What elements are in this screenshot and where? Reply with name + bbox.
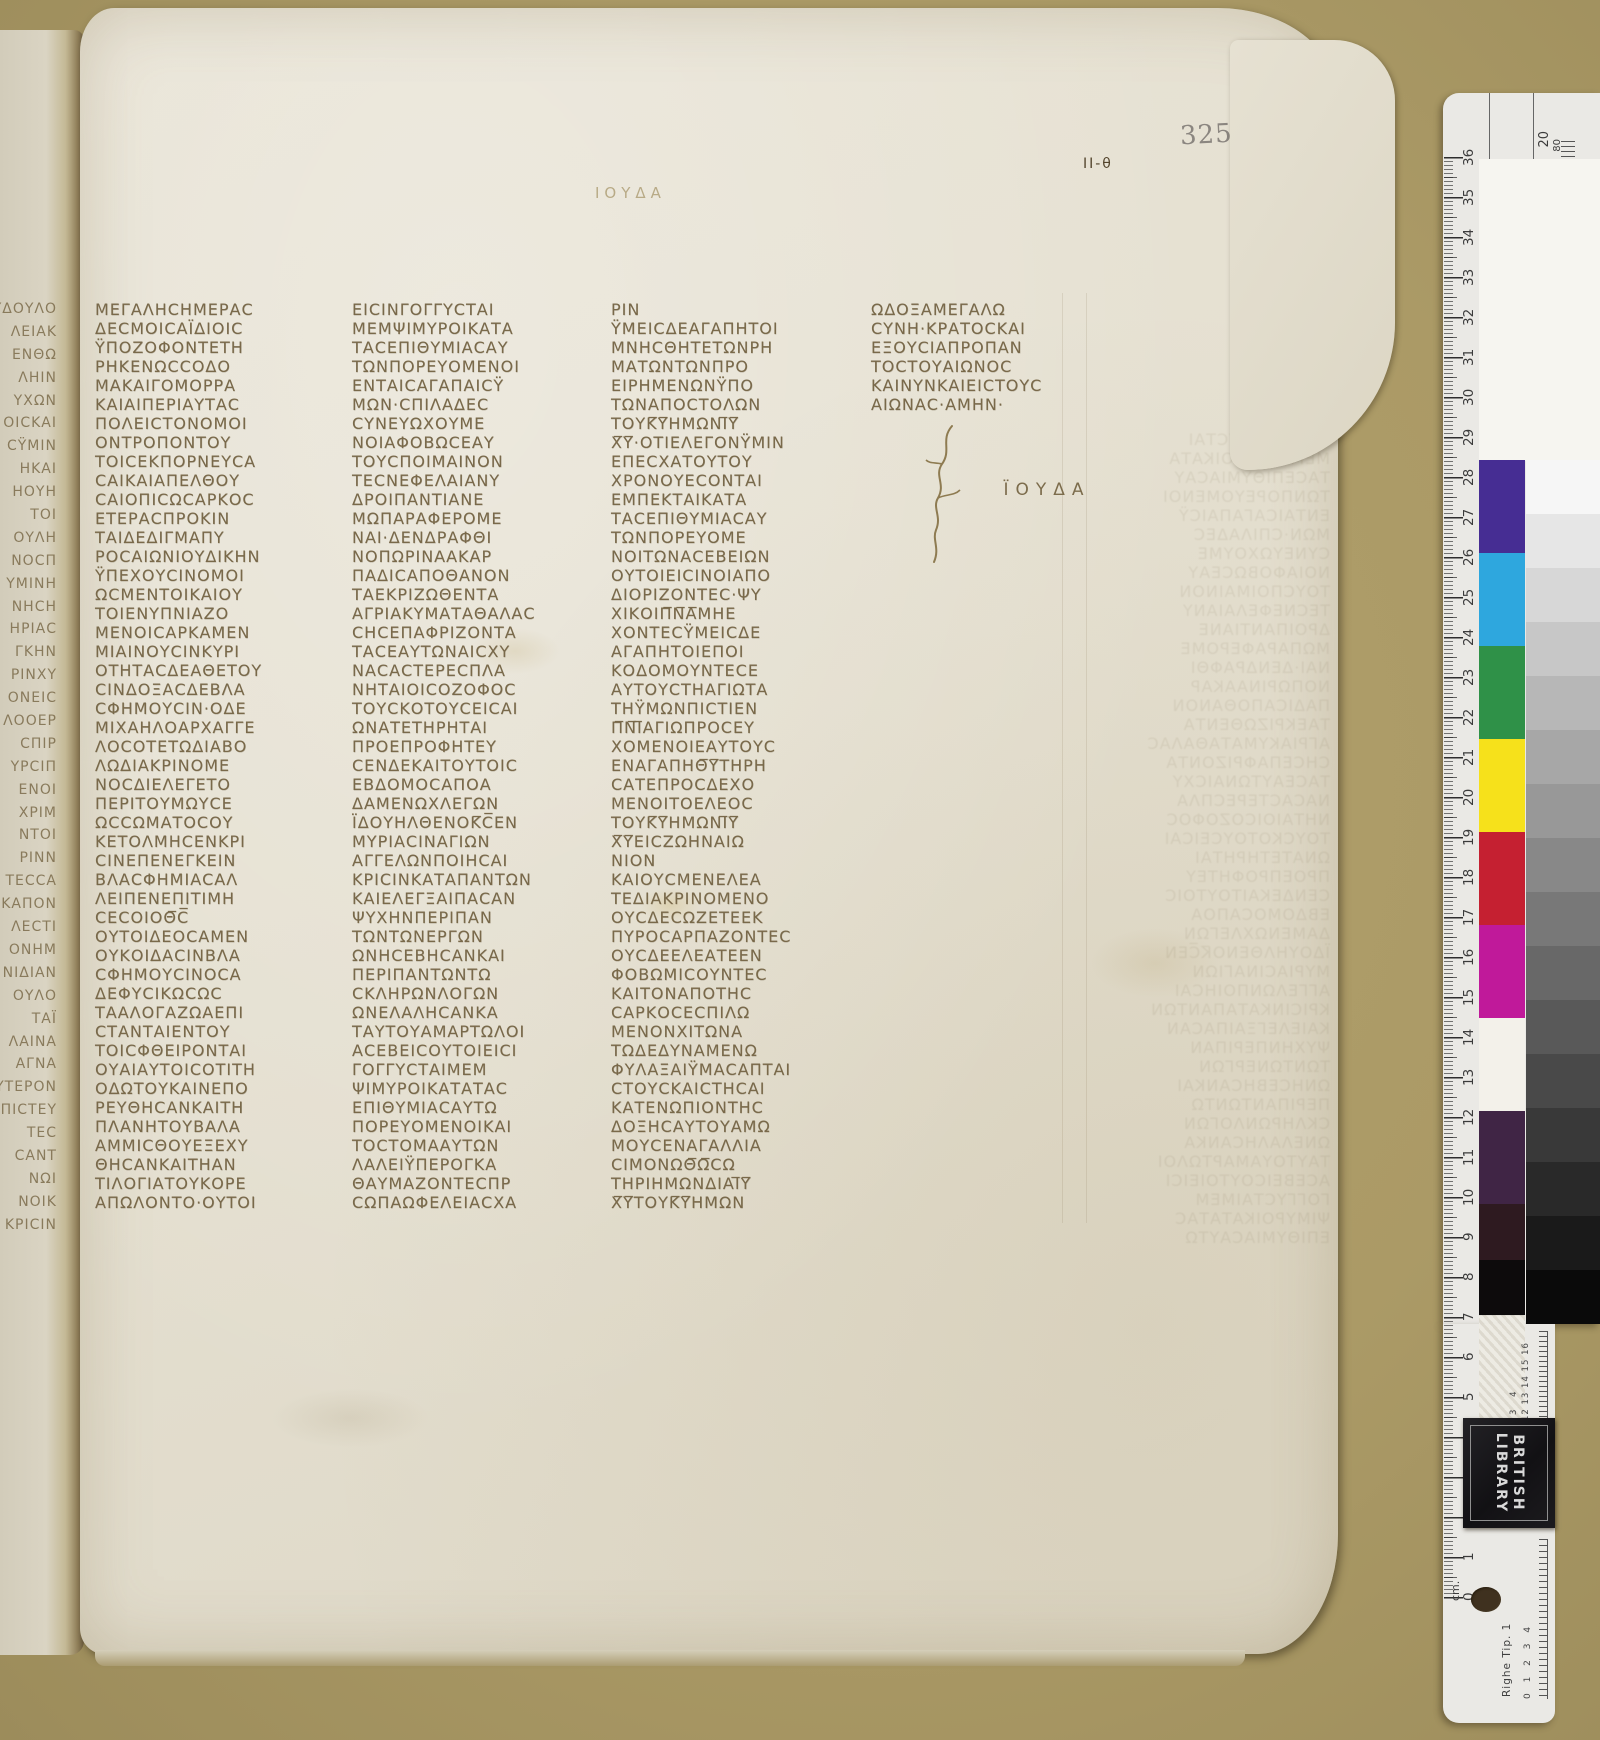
grayscale-step [1526,730,1600,784]
facing-page-line-fragment: CΑΝΤ [0,1145,57,1168]
manuscript-line: ΩΔΟΞΑΜΕΓΑΛΩ [871,300,1127,319]
manuscript-line: CΥΝΕΥΩΧΟΥΜΕ [352,414,608,433]
photograph-background: ΥΔΟΥΛΟΛΕΙΑΚΕΝΘΩΛΗΙΝΥΧΩΝΟΙCΚΑΙCΫΜΙΝΗΚΑΙΗΟ… [0,0,1600,1740]
facing-page-line-fragment: ΤΑΪ [0,1008,57,1031]
facing-page-line-fragment: ΡΙΝΝ [0,847,57,870]
bleed-through-line: ΝΟΠΩΡΙΝΑΑΚΑΡ [852,677,1330,696]
ruler-cm-number: 15 [1461,984,1479,1010]
manuscript-line: ΕΙCΙΝΓΟΓΓΥCΤΑΙ [352,300,608,319]
inner-scale-top-ticks [1539,1331,1548,1419]
inner-scale-bottom-numbers: 0 1 2 3 4 [1523,1543,1533,1699]
manuscript-line: ΧΙΚΟΙΠ̅Ν̅Α̅ΜΗΕ [611,604,867,623]
ruler-cm-number: 6 [1461,1344,1479,1370]
manuscript-line: ΤΟΥΚ̅Υ̅ΗΜΩΝΙ̅Υ̅ [611,414,867,433]
manuscript-line: ΑΙΩΝΑC·ΑΜΗΝ· [871,395,1127,414]
manuscript-line: ΠΑΔΙCΑΠΟΘΑΝΟΝ [352,566,608,585]
facing-page-line-fragment: ΟΝΕΙC [0,687,57,710]
bleed-through-line: ΚΑΙΕΛΕΓΞΑΙΠΑCΑΝ [852,1019,1330,1038]
text-column-3: ΡΙΝΫΜΕΙCΔΕΑΓΑΠΗΤΟΙΜΝΗCΘΗΤΕΤΩΝΡΗΜΑΤΩΝΤΩΝΠ… [611,300,867,1212]
manuscript-line: ΚΟΔΟΜΟΥΝΤΕCΕ [611,661,867,680]
color-patch [1479,646,1525,739]
manuscript-line: ΩΝΕΛΑΛΗCΑΝΚΑ [352,1003,608,1022]
bleed-through-line: ΑΓΡΙΑΚΥΜΑΤΑΘΑΛΑC [852,734,1330,753]
manuscript-line: ΔΕCΜΟΙCΑΪΔΙΟΙC [95,319,351,338]
manuscript-line: ΜΙΑΙΝΟΥCΙΝΚΥΡΙ [95,642,351,661]
manuscript-line: ΝΑCΑCΤΕΡΕCΠΛΑ [352,661,608,680]
manuscript-line: ΤΟCΤΟΜΑΑΥΤΩΝ [352,1136,608,1155]
facing-page-line-fragment: ΕΝΟΙ [0,779,57,802]
manuscript-line: ΜΥΡΙΑCΙΝΑΓΙΩΝ [352,832,608,851]
manuscript-line: ΓΟΓΓΥCΤΑΙΜΕΜ [352,1060,608,1079]
ruler-cm-number: 14 [1461,1024,1479,1050]
facing-page-line-fragment: ΥΧΩΝ [0,390,57,413]
bleed-through-line: ΕΠΙΘΥΜΙΑCΑΥΤΩ [852,1228,1330,1247]
bleed-through-line: ΑΓΓΕΛΩΝΠΟΙΗCΑΙ [852,981,1330,1000]
facing-page-line-fragment: ΑΓΝΑ [0,1053,57,1076]
manuscript-line: ΚΑΙΤΟΝΑΠΟΤΗC [611,984,867,1003]
manuscript-line: ΩCCΩΜΑΤΟCΟΥ [95,813,351,832]
page-edge-curve [1230,40,1395,470]
facing-page-line-fragment: ΕΝΘΩ [0,344,57,367]
manuscript-line: ΤΟΥΚ̅Υ̅ΗΜΩΝΙ̅Υ̅ [611,813,867,832]
color-patch [1479,1018,1525,1111]
manuscript-line: ΠΛΑΝΗΤΟΥΒΑΛΑ [95,1117,351,1136]
manuscript-line: ΚΡΙCΙΝΚΑΤΑΠΑΝΤΩΝ [352,870,608,889]
manuscript-line: ΕΜΠΕΚΤΑΙΚΑΤΑ [611,490,867,509]
manuscript-line: ΦΥΛΑΞΑΙΫΜΑCΑΠΤΑΙ [611,1060,867,1079]
calibration-ruler: 0123456789101112131415161718192021222324… [1443,93,1600,1723]
manuscript-line: ΠΕΡΙΠΑΝΤΩΝΤΩ [352,965,608,984]
facing-page-line-fragment: ΝΟCΠ [0,550,57,573]
manuscript-line: CΩΠΑΩΦΕΛΕΙΑCΧΑ [352,1193,608,1212]
manuscript-line: ΝΟCΔΙΕΛΕΓΕΤΟ [95,775,351,794]
grayscale-step [1526,1108,1600,1162]
bleed-through-line: ΜΥΡΙΑCΙΝΑΓΙΩΝ [852,962,1330,981]
manuscript-line: ΕΝΑΓΑΠΗΘ̅Υ̅ΤΗΡΗ [611,756,867,775]
manuscript-line: ΟΥΚΟΙΔΑCΙΝΒΛΑ [95,946,351,965]
manuscript-line: ΕΝΤΑΙCΑΓΑΠΑΙCΫ [352,376,608,395]
manuscript-line: ΑΥΤΟΥCΤΗΑΓΙΩΤΑ [611,680,867,699]
facing-page-line-fragment: ΚΡΙCΙΝ [0,1214,57,1237]
bleed-through-line: ΤΟΥCΚΟΤΟΥCΕΙCΑΙ [852,829,1330,848]
ruler-cm-number: 12 [1461,1104,1479,1130]
manuscript-line: ΤΩΝΠΟΡΕΥΟΜΕΝΟΙ [352,357,608,376]
underlying-page-edges [95,1650,1245,1666]
manuscript-line: ΑΓΑΠΗΤΟΙΕΠΟΙ [611,642,867,661]
bleed-through-line: ΚΡΙCΙΝΚΑΤΑΠΑΝΤΩΝ [852,1000,1330,1019]
manuscript-line: ΚΑΙΕΛΕΓΞΑΙΠΑCΑΝ [352,889,608,908]
manuscript-line: ΤΟΙΕΝΥΠΝΙΑΖΟ [95,604,351,623]
manuscript-line: ΝΟΙΑΦΟΒΩCΕΑΥ [352,433,608,452]
ruler-top-scale-label: 20 [1537,131,1552,148]
manuscript-line: ΕΠΙΘΥΜΙΑCΑΥΤΩ [352,1098,608,1117]
manuscript-line: ΤΑΑΛΟΓΑΖΩΑΕΠΙ [95,1003,351,1022]
manuscript-line: ΡΙΝ [611,300,867,319]
manuscript-line: ΧΟΜΕΝΟΙΕΑΥΤΟΥC [611,737,867,756]
manuscript-line: ΔΟΞΗCΑΥΤΟΥΑΜΩ [611,1117,867,1136]
manuscript-line: ΝΑΙ·ΔΕΝΔΡΑΦΘΙ [352,528,608,547]
facing-page-line-fragment: ΟΥΛΟ [0,985,57,1008]
manuscript-line: ΤΑCΕΠΙΘΥΜΙΑCΑΥ [611,509,867,528]
manuscript-line: ΜΑΚΑΙΓΟΜΟΡΡΑ [95,376,351,395]
manuscript-line: ΟΥΤΟΙΕΙCΙΝΟΙΑΠΟ [611,566,867,585]
bleed-through-line: ΩΝΗCΕΒΗCΑΝΚΑΙ [852,1076,1330,1095]
facing-page-line-fragment: ΝΗCΗ [0,596,57,619]
manuscript-line: ΔΕΦΥCΙΚΩCΩC [95,984,351,1003]
manuscript-line: ΤΩΝΑΠΟCΤΟΛΩΝ [611,395,867,414]
facing-page-line-fragment: ΛΗΙΝ [0,367,57,390]
manuscript-line: CΕCΟΙΟΘ̅C̅ [95,908,351,927]
inner-scale-top-numbers: 12 13 14 15 16 [1521,1329,1531,1421]
facing-page-line-fragment: ΥΡCΙΠ [0,756,57,779]
grayscale-step [1526,784,1600,838]
manuscript-line: ΤΑΥΤΟΥΑΜΑΡΤΩΛΟΙ [352,1022,608,1041]
facing-page-line-fragment: ΟΥΛΗ [0,527,57,550]
bleed-through-line: ΑCΕΒΕΙCΟΥΤΟΙΕΙCΙ [852,1171,1330,1190]
bleed-through-line: ΠΑΔΙCΑΠΟΘΑΝΟΝ [852,696,1330,715]
ruler-cm-number: 25 [1461,584,1479,610]
manuscript-line: ΝΟΙΤΩΝΑCΕΒΕΙΩΝ [611,547,867,566]
manuscript-line: ΤΟΥCΠΟΙΜΑΙΝΟΝ [352,452,608,471]
manuscript-line: ΤΩΔΕΔΥΝΑΜΕΝΩ [611,1041,867,1060]
manuscript-line: ΡΕΥΘΗCΑΝΚΑΙΤΗ [95,1098,351,1117]
manuscript-line: CΚΛΗΡΩΝΛΟΓΩΝ [352,984,608,1003]
color-patch [1479,1260,1525,1316]
bleed-through-line: ΤΑCΕΑΥΤΩΝΑΙCΧΥ [852,772,1330,791]
bleed-through-line: ΔΑΜΕΝΩΧΛΕΓΩΝ [852,924,1330,943]
manuscript-line: ΟΥΑΙΑΥΤΟΙCΟΤΙΤΗ [95,1060,351,1079]
manuscript-line: CΤΑΝΤΑΙΕΝΤΟΥ [95,1022,351,1041]
ruler-top-scale-line [1489,93,1490,163]
manuscript-line: CΙΜΟΝΩΘ̅Ω̅CΩ [611,1155,867,1174]
manuscript-line: ΑΓΡΙΑΚΥΜΑΤΑΘΑΛΑC [352,604,608,623]
bleed-through-line: ΓΟΓΓΥCΤΑΙΜΕΜ [852,1190,1330,1209]
manuscript-line: ΩCΜΕΝΤΟΙΚΑΙΟΥ [95,585,351,604]
bleed-through-line: ΨΥΧΗΝΠΕΡΙΠΑΝ [852,1038,1330,1057]
ruler-cm-number: 7 [1461,1304,1479,1330]
bleed-through-line: ΠΕΡΙΠΑΝΤΩΝΤΩ [852,1095,1330,1114]
facing-page-line-fragment: ΝΤΟΙ [0,824,57,847]
manuscript-line: ΤΕCΝΕΦΕΛΑΙΑΝΥ [352,471,608,490]
manuscript-line: ΜΙΧΑΗΛΟΑΡΧΑΓΓΕ [95,718,351,737]
manuscript-line: ΤΟΙCΦΘΕΙΡΟΝΤΑΙ [95,1041,351,1060]
color-patch [1479,832,1525,925]
facing-page-line-fragment: ΛΟΟΕΡ [0,710,57,733]
text-column-1: ΜΕΓΑΛΗCΗΜΕΡΑCΔΕCΜΟΙCΑΪΔΙΟΙCΫΠΟΖΟΦΟΝΤΕΤΗΡ… [95,300,351,1212]
quire-mark: ΙΙ-θ [1083,156,1113,172]
manuscript-line: Π̅Ν̅Ι̅ΑΓΙΩΠΡΟCΕΥ [611,718,867,737]
manuscript-line: ΜΩΠΑΡΑΦΕΡΟΜΕ [352,509,608,528]
manuscript-line: ΧΟΝΤΕCΫΜΕΙCΔΕ [611,623,867,642]
inner-scale-top-secondary: 3 4 [1509,1335,1519,1415]
manuscript-line: ΫΜΕΙCΔΕΑΓΑΠΗΤΟΙ [611,319,867,338]
bleed-through-line: ΝΗΤΑΙΟΙCΟΖΟΦΟC [852,810,1330,829]
bleed-through-line: ΕΒΔΟΜΟCΑΠΟΑ [852,905,1330,924]
bleed-through-line: ΤΕCΝΕΦΕΛΑΙΑΝΥ [852,601,1330,620]
facing-page-line-fragment: ΛΕΙΑΚ [0,321,57,344]
ruler-cm-number: 35 [1461,184,1479,210]
ruler-cm-number: 29 [1461,424,1479,450]
manuscript-line: ΠΟΛΕΙCΤΟΝΟΜΟΙ [95,414,351,433]
manuscript-line: ΟΥCΔΕΕΛΕΑΤΕΕΝ [611,946,867,965]
subscription-title: ΪΟΥΔΑ [952,480,1142,500]
ruling-guide-line [1062,293,1063,1223]
ruler-cm-number: 21 [1461,744,1479,770]
manuscript-line: ΡΗΚΕΝΩCCΟΔΟ [95,357,351,376]
manuscript-line: ΠΟΡΕΥΟΜΕΝΟΙΚΑΙ [352,1117,608,1136]
facing-page-line-fragment: ΗΟΥΗ [0,481,57,504]
bleed-through-line: ΜΩΠΑΡΑΦΕΡΟΜΕ [852,639,1330,658]
ruler-cm-number: 18 [1461,864,1479,890]
color-patch [1479,1111,1525,1204]
ruler-cm-number: 20 [1461,784,1479,810]
manuscript-line: ΛΩΔΙΑΚΡΙΝΟΜΕ [95,756,351,775]
manuscript-line: ΝΟΠΩΡΙΝΑΑΚΑΡ [352,547,608,566]
manuscript-line: ΨΙΜΥΡΟΙΚΑΤΑΤΑC [352,1079,608,1098]
manuscript-line: ΠΥΡΟCΑΡΠΑΖΟΝΤΕC [611,927,867,946]
ruler-cm-number: 16 [1461,944,1479,970]
inner-scale-bottom-ticks [1539,1539,1548,1699]
bleed-through-line: CΚΛΗΡΩΝΛΟΓΩΝ [852,1114,1330,1133]
ruler-cm-number: 31 [1461,344,1479,370]
ruling-guide-line [1086,293,1087,1223]
ruler-cm-number: 24 [1461,624,1479,650]
manuscript-line: ΤΩΝΤΩΝΕΡΓΩΝ [352,927,608,946]
manuscript-line: ΟΥΤΟΙΔΕΟCΑΜΕΝ [95,927,351,946]
manuscript-line: ΜΝΗCΘΗΤΕΤΩΝΡΗ [611,338,867,357]
grayscale-step [1526,460,1600,514]
manuscript-line: ΫΠΟΖΟΦΟΝΤΕΤΗ [95,338,351,357]
calibration-white-strip [1479,159,1600,461]
manuscript-line: ΠΕΡΙΤΟΥΜΩΥCΕ [95,794,351,813]
manuscript-line: ΤΟΙCΕΚΠΟΡΝΕΥCΑ [95,452,351,471]
facing-page-line-fragment: ΝΩΙ [0,1168,57,1191]
manuscript-line: ΚΑΙΝΥΝΚΑΙΕΙCΤΟΥC [871,376,1127,395]
facing-page-line-fragment: ΛΕCΤΙ [0,916,57,939]
ruler-cm-number: 22 [1461,704,1479,730]
ruler-maker-label: Righe Tip. 1 [1501,1539,1513,1697]
facing-page-line-fragment: ΛΑΙΝΑ [0,1031,57,1054]
grayscale-step [1526,514,1600,568]
manuscript-line: ΤΗΫΜΩΝΠΙCΤΙΕΝ [611,699,867,718]
manuscript-line: ΤΑΙΔΕΔΙΓΜΑΠΥ [95,528,351,547]
ruler-top-scale-line [1533,93,1534,163]
manuscript-line: ΤΑCΕΑΥΤΩΝΑΙCΧΥ [352,642,608,661]
color-patch [1479,739,1525,832]
color-patch [1479,925,1525,1018]
manuscript-line: Χ̅Υ̅ΕΙCΖΩΗΝΑΙΩ [611,832,867,851]
bleed-through-line: ΩΝΑΤΕΤΗΡΗΤΑΙ [852,848,1330,867]
manuscript-line: ΔΑΜΕΝΩΧΛΕΓΩΝ [352,794,608,813]
facing-page-line-fragment: ΠΙCΤΕΥ [0,1099,57,1122]
manuscript-line: ΩΝΑΤΕΤΗΡΗΤΑΙ [352,718,608,737]
grayscale-step [1526,892,1600,946]
ruler-cm-number: 30 [1461,384,1479,410]
manuscript-line: ΟΝΤΡΟΠΟΝΤΟΥ [95,433,351,452]
manuscript-line: ΪΔΟΥΗΛΘΕΝΟΚ̅C̅ΕΝ [352,813,608,832]
ruler-cm-number: 10 [1461,1184,1479,1210]
manuscript-line: ΫΠΕΧΟΥCΙΝΟΜΟΙ [95,566,351,585]
manuscript-line: ΚΑΙΟΥCΜΕΝΕΛΕΑ [611,870,867,889]
manuscript-line: ΜΕΜΨΙΜΥΡΟΙΚΑΤΑ [352,319,608,338]
bleed-through-line: ΔΡΟΙΠΑΝΤΙΑΝΕ [852,620,1330,639]
manuscript-line: ΤΗΡΙΗΜΩΝΔΙΑΙ̅Υ̅ [611,1174,867,1193]
parchment-stain [270,1388,430,1448]
manuscript-line: ΜΕΝΟΝΧΙΤΩΝΑ [611,1022,867,1041]
manuscript-line: ΑΜΜΙCΘΟΥΕΞΕΧΥ [95,1136,351,1155]
facing-page-line-fragment: ΗΡΙΑC [0,618,57,641]
grayscale-step [1526,1000,1600,1054]
manuscript-line: ΤΩΝΠΟΡΕΥΟΜΕ [611,528,867,547]
manuscript-line: ΝΗΤΑΙΟΙCΟΖΟΦΟC [352,680,608,699]
manuscript-line: ΕΞΟΥCΙΑΠΡΟΠΑΝ [871,338,1127,357]
bleed-through-line: ΠΡΟΕΠΡΟΦΗΤΕΥ [852,867,1330,886]
facing-page-line-fragment: ΝΙΔΙΑΝ [0,962,57,985]
grayscale-step [1526,946,1600,1000]
ruler-cm-number: 19 [1461,824,1479,850]
color-patch [1479,553,1525,646]
ruler-cm-number: 11 [1461,1144,1479,1170]
ruler-cm-number: 13 [1461,1064,1479,1090]
label-text: BRITISH LIBRARY [1492,1433,1526,1514]
grayscale-step [1526,676,1600,730]
manuscript-line: ΤΙΛΟΓΙΑΤΟΥΚΟΡΕ [95,1174,351,1193]
facing-page-line-fragment: ΚΑΠΟΝ [0,893,57,916]
manuscript-line: CΑΙΚΑΙΑΠΕΛΘΟΥ [95,471,351,490]
bleed-through-line: ΨΙΜΥΡΟΙΚΑΤΑΤΑC [852,1209,1330,1228]
facing-page-edge: ΥΔΟΥΛΟΛΕΙΑΚΕΝΘΩΛΗΙΝΥΧΩΝΟΙCΚΑΙCΫΜΙΝΗΚΑΙΗΟ… [0,30,84,1655]
color-calibration-patches [1479,460,1525,1316]
facing-page-line-fragment: ΤΕCCΑ [0,870,57,893]
color-patch [1479,1204,1525,1260]
manuscript-line: CΤΟΥCΚΑΙCΤΗCΑΙ [611,1079,867,1098]
manuscript-line: ΒΛΑCΦΗΜΙΑCΑΛ [95,870,351,889]
manuscript-line: ΨΥΧΗΝΠΕΡΙΠΑΝ [352,908,608,927]
grayscale-calibration-strip [1526,460,1600,1324]
bleed-through-line: ΤΑΥΤΟΥΑΜΑΡΤΩΛΟΙ [852,1152,1330,1171]
ruler-cm-number: 34 [1461,224,1479,250]
manuscript-line: ΤΑCΕΠΙΘΥΜΙΑCΑΥ [352,338,608,357]
manuscript-line: ΕΠΕCΧΑΤΟΥΤΟΥ [611,452,867,471]
bleed-through-line: ΪΔΟΥΗΛΘΕΝΟΚ̅C̅ΕΝ [852,943,1330,962]
manuscript-line: ΜΑΤΩΝΤΩΝΠΡΟ [611,357,867,376]
ruler-cm-number: 17 [1461,904,1479,930]
manuscript-line: CΑΡΚΟCΕCΠΙΛΩ [611,1003,867,1022]
facing-page-text-fragments: ΥΔΟΥΛΟΛΕΙΑΚΕΝΘΩΛΗΙΝΥΧΩΝΟΙCΚΑΙCΫΜΙΝΗΚΑΙΗΟ… [0,298,57,1237]
manuscript-line: CΦΗΜΟΥCΙΝ·ΟΔΕ [95,699,351,718]
ruler-cm-number: 32 [1461,304,1479,330]
manuscript-line: ΤΕΔΙΑΚΡΙΝΟΜΕΝΟ [611,889,867,908]
manuscript-line: CΑΤΕΠΡΟCΔΕΧΟ [611,775,867,794]
grayscale-step [1526,1270,1600,1324]
manuscript-line: ΠΡΟΕΠΡΟΦΗΤΕΥ [352,737,608,756]
facing-page-line-fragment: ΗΚΑΙ [0,458,57,481]
manuscript-line: ΜΩΝ·CΠΙΛΑΔΕC [352,395,608,414]
text-column-4: ΩΔΟΞΑΜΕΓΑΛΩCΥΝΗ·ΚΡΑΤΟCΚΑΙΕΞΟΥCΙΑΠΡΟΠΑΝΤΟ… [871,300,1127,414]
manuscript-line: CΗCΕΠΑΦΡΙΖΟΝΤΑ [352,623,608,642]
ruler-cm-number: 9 [1461,1224,1479,1250]
manuscript-line: ΕΙΡΗΜΕΝΩΝΫΠΟ [611,376,867,395]
manuscript-line: CΦΗΜΟΥCΙΝΟCΑ [95,965,351,984]
facing-page-line-fragment: ΝΟΙΚ [0,1191,57,1214]
grayscale-step [1526,622,1600,676]
bleed-through-line: ΩΝΕΛΑΛΗCΑΝΚΑ [852,1133,1330,1152]
manuscript-line: ΜΕΓΑΛΗCΗΜΕΡΑC [95,300,351,319]
ruler-cm-number: 1 [1461,1544,1479,1570]
manuscript-line: CΥΝΗ·ΚΡΑΤΟCΚΑΙ [871,319,1127,338]
ruler-cm-number: 33 [1461,264,1479,290]
manuscript-line: ΘΗCΑΝΚΑΙΤΗΑΝ [95,1155,351,1174]
facing-page-line-fragment: ΟΙCΚΑΙ [0,412,57,435]
ruler-cm-number: 8 [1461,1264,1479,1290]
grayscale-step [1526,568,1600,622]
grayscale-step [1526,1054,1600,1108]
bleed-through-line: ΤΑΕΚΡΙΖΩΘΕΝΤΑ [852,715,1330,734]
manuscript-line: ΜΕΝΟΙΤΟΕΛΕΟC [611,794,867,813]
manuscript-line: CΙΝΕΠΕΝΕΓΚΕΙΝ [95,851,351,870]
manuscript-line: ΡΟCΑΙΩΝΙΟΥΔΙΚΗΝ [95,547,351,566]
manuscript-line: ΤΟCΤΟΥΑΙΩΝΟC [871,357,1127,376]
facing-page-line-fragment: ΥΜΙΝΗ [0,573,57,596]
manuscript-line: ΘΑΥΜΑΖΟΝΤΕCΠΡ [352,1174,608,1193]
facing-page-line-fragment: ΓΚΗΝ [0,641,57,664]
manuscript-line: ΑΠΩΛΟΝΤΟ·ΟΥΤΟΙ [95,1193,351,1212]
manuscript-line: ΚΑΤΕΝΩΠΙΟΝΤΗC [611,1098,867,1117]
bleed-through-line: CΕΝΔΕΚΑΙΤΟΥΤΟΙC [852,886,1330,905]
manuscript-line: CΑΙΟΠΙCΩCΑΡΚΟC [95,490,351,509]
bleed-through-line: ΝΑCΑCΤΕΡΕCΠΛΑ [852,791,1330,810]
facing-page-line-fragment: ΟΝΗΜ [0,939,57,962]
ruler-cm-number: 5 [1461,1384,1479,1410]
grayscale-step [1526,1162,1600,1216]
cm-unit-label: cm. [1449,1561,1462,1601]
manuscript-line: ΟΔΩΤΟΥΚΑΙΝΕΠΟ [95,1079,351,1098]
manuscript-line: ΟΤΗΤΑCΔΕΑΘΕΤΟΥ [95,661,351,680]
ruler-cm-number: 23 [1461,664,1479,690]
facing-page-line-fragment: ΧΡΙΜ [0,802,57,825]
manuscript-line: ΚΕΤΟΛΜΗCΕΝΚΡΙ [95,832,351,851]
ruler-hole [1471,1587,1501,1612]
manuscript-line: ΤΟΥCΚΟΤΟΥCΕΙCΑΙ [352,699,608,718]
manuscript-line: ΦΟΒΩΜΙCΟΥΝΤΕC [611,965,867,984]
color-patch [1479,460,1525,553]
ruler-cm-number: 26 [1461,544,1479,570]
manuscript-line: ΕΤΕΡΑCΠΡΟΚΙΝ [95,509,351,528]
manuscript-line: Χ̅Υ̅·ΟΤΙΕΛΕΓΟΝΫΜΙΝ [611,433,867,452]
bleed-through-line: ΝΑΙ·ΔΕΝΔΡΑΦΘΙ [852,658,1330,677]
manuscript-line: ΔΡΟΙΠΑΝΤΙΑΝΕ [352,490,608,509]
manuscript-line: ΔΙΟΡΙΖΟΝΤΕC·ΨΥ [611,585,867,604]
manuscript-line: CΙΝΔΟΞΑCΔΕΒΛΑ [95,680,351,699]
facing-page-line-fragment: ΤΕC [0,1122,57,1145]
ruler-cm-number: 36 [1461,144,1479,170]
manuscript-line: ΛΟCΟΤΕΤΩΔΙΑΒΟ [95,737,351,756]
bleed-through-line: CΗCΕΠΑΦΡΙΖΟΝΤΑ [852,753,1330,772]
manuscript-line: ΛΕΙΠΕΝΕΠΙΤΙΜΗ [95,889,351,908]
manuscript-line: CΕΝΔΕΚΑΙΤΟΥΤΟΙC [352,756,608,775]
facing-page-line-fragment: ΤΟΙ [0,504,57,527]
manuscript-line: ΤΑΕΚΡΙΖΩΘΕΝΤΑ [352,585,608,604]
manuscript-line: Χ̅Υ̅ΤΟΥΚ̅Υ̅ΗΜΩΝ [611,1193,867,1212]
manuscript-line: ΟΥCΔΕCΩΖΕΤΕΕΚ [611,908,867,927]
ruler-cm-number: 27 [1461,504,1479,530]
manuscript-page: 325 ΙΙ-θ ΙΟΥΔΑ ΕΙCΙΝΓΟΓΓΥCΤΑΙΜΕΜΨΙΜΥΡΟΙΚ… [80,8,1338,1654]
running-title: ΙΟΥΔΑ [595,184,666,202]
grayscale-step [1526,838,1600,892]
ruler-cm-number: 28 [1461,464,1479,490]
folio-number: 325 [1179,119,1233,152]
text-column-2: ΕΙCΙΝΓΟΓΓΥCΤΑΙΜΕΜΨΙΜΥΡΟΙΚΑΤΑΤΑCΕΠΙΘΥΜΙΑC… [352,300,608,1212]
